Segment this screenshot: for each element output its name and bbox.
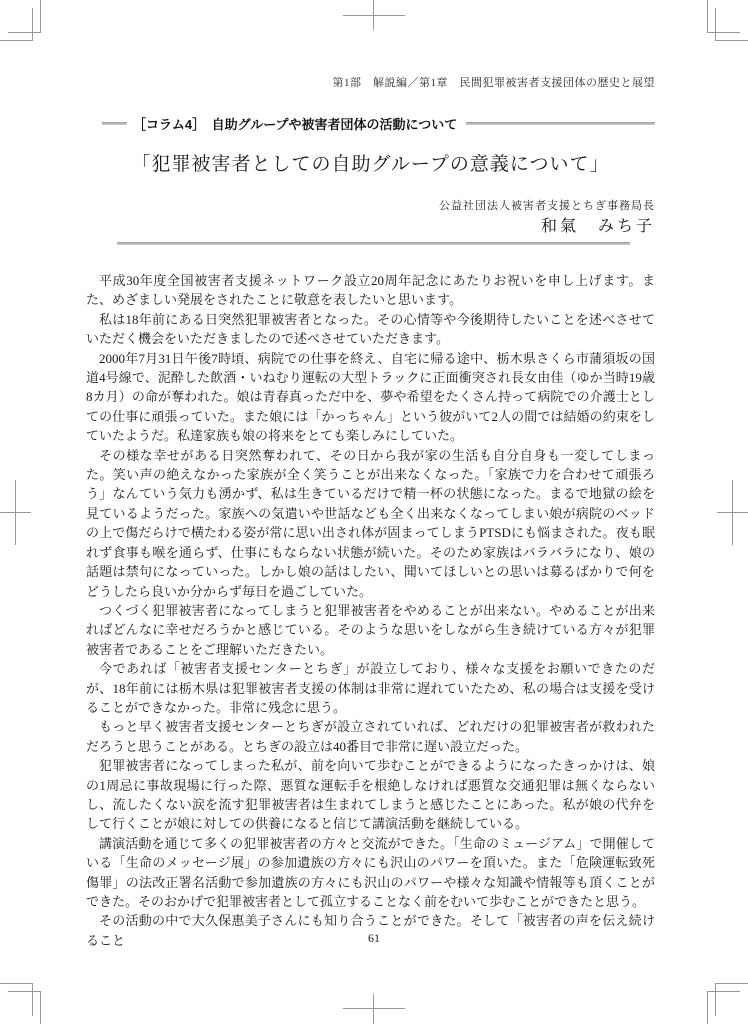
trim-mark-bottom-left <box>0 983 41 1024</box>
trim-mark-left-center <box>0 480 31 545</box>
paragraph: 今であれば「被害者支援センターとちぎ」が設立しており、様々な支援をお願いできたの… <box>86 659 655 717</box>
paragraph: 講演活動を通じて多くの犯罪被害者の方々と交流ができた。「生命のミュージアム」で開… <box>86 834 655 912</box>
paragraph: その様な幸せがある日突然奪われて、その日から我が家の生活も自分自身も一変してしま… <box>86 446 655 601</box>
column-left-rule <box>102 122 127 125</box>
article-title: 「犯罪被害者としての自助グループの意義について」 <box>86 149 655 176</box>
paragraph: 犯罪被害者になってしまった私が、前を向いて歩むことができるようになったきっかけは… <box>86 756 655 834</box>
column-label: ［コラム4］ 自助グループや被害者団体の活動について <box>133 114 457 133</box>
document-page: 第1部 解説編／第1章 民間犯罪被害者支援団体の歴史と展望 ［コラム4］ 自助グ… <box>0 0 748 1024</box>
trim-mark-top-center <box>343 0 405 30</box>
paragraph: 2000年7月31日午後7時頃、病院での仕事を終え、自宅に帰る途中、栃木県さくら… <box>86 349 655 446</box>
column-right-rule <box>466 122 655 125</box>
author-affiliation: 公益社団法人被害者支援とちぎ事務局長 <box>439 197 655 213</box>
paragraph: もっと早く被害者支援センターとちぎが設立されていれば、どれだけの犯罪被害者が救わ… <box>86 717 655 756</box>
running-head: 第1部 解説編／第1章 民間犯罪被害者支援団体の歴史と展望 <box>333 74 656 90</box>
trim-mark-top-left <box>0 0 41 41</box>
trim-mark-bottom-right <box>707 983 748 1024</box>
trim-mark-bottom-center <box>343 994 405 1024</box>
paragraph: つくづく犯罪被害者になってしまうと犯罪被害者をやめることが出来ない。やめることが… <box>86 601 655 659</box>
trim-mark-top-right <box>707 0 748 41</box>
trim-mark-right-center <box>717 480 748 545</box>
paragraph: 私は18年前にある日突然犯罪被害者となった。その心情等や今後期待したいことを述べ… <box>86 310 655 349</box>
author-name: 和氣 みち子 <box>541 213 655 236</box>
author-divider-rule <box>117 242 630 245</box>
paragraph: 平成30年度全国被害者支援ネットワーク設立20周年記念にあたりお祝いを申し上げま… <box>86 271 655 310</box>
page-number: 61 <box>0 931 748 946</box>
article-body: 平成30年度全国被害者支援ネットワーク設立20周年記念にあたりお祝いを申し上げま… <box>86 271 655 950</box>
column-header-row: ［コラム4］ 自助グループや被害者団体の活動について <box>102 114 655 132</box>
